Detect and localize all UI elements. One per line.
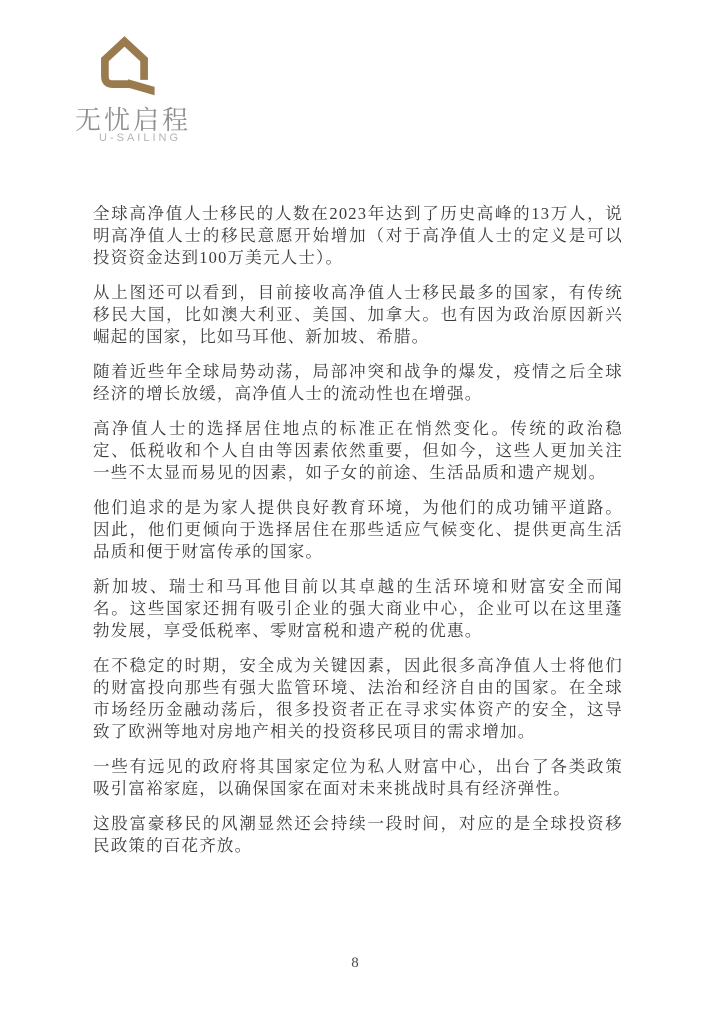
paragraph: 这股富豪移民的风潮显然还会持续一段时间，对应的是全球投资移民政策的百花齐放。 xyxy=(93,813,623,857)
document-body: 全球高净值人士移民的人数在2023年达到了历史高峰的13万人，说明高净值人士的移… xyxy=(93,203,623,870)
paragraph: 全球高净值人士移民的人数在2023年达到了历史高峰的13万人，说明高净值人士的移… xyxy=(93,203,623,269)
page-number: 8 xyxy=(0,955,710,972)
house-q-logo-icon xyxy=(93,36,163,100)
paragraph: 新加坡、瑞士和马耳他目前以其卓越的生活环境和财富安全而闻名。这些国家还拥有吸引企… xyxy=(93,576,623,642)
brand-subtitle: U-SAILING xyxy=(99,132,181,144)
paragraph: 一些有远见的政府将其国家定位为私人财富中心，出台了各类政策吸引富裕家庭，以确保国… xyxy=(93,756,623,800)
paragraph: 在不稳定的时期，安全成为关键因素，因此很多高净值人士将他们的财富投向那些有强大监… xyxy=(93,655,623,743)
paragraph: 他们追求的是为家人提供良好教育环境，为他们的成功铺平道路。因此，他们更倾向于选择… xyxy=(93,497,623,563)
paragraph: 从上图还可以看到，目前接收高净值人士移民最多的国家，有传统移民大国，比如澳大利亚… xyxy=(93,282,623,348)
paragraph: 高净值人士的选择居住地点的标准正在悄然变化。传统的政治稳定、低税收和个人自由等因… xyxy=(93,418,623,484)
paragraph: 随着近些年全球局势动荡，局部冲突和战争的爆发，疫情之后全球经济的增长放缓，高净值… xyxy=(93,361,623,405)
